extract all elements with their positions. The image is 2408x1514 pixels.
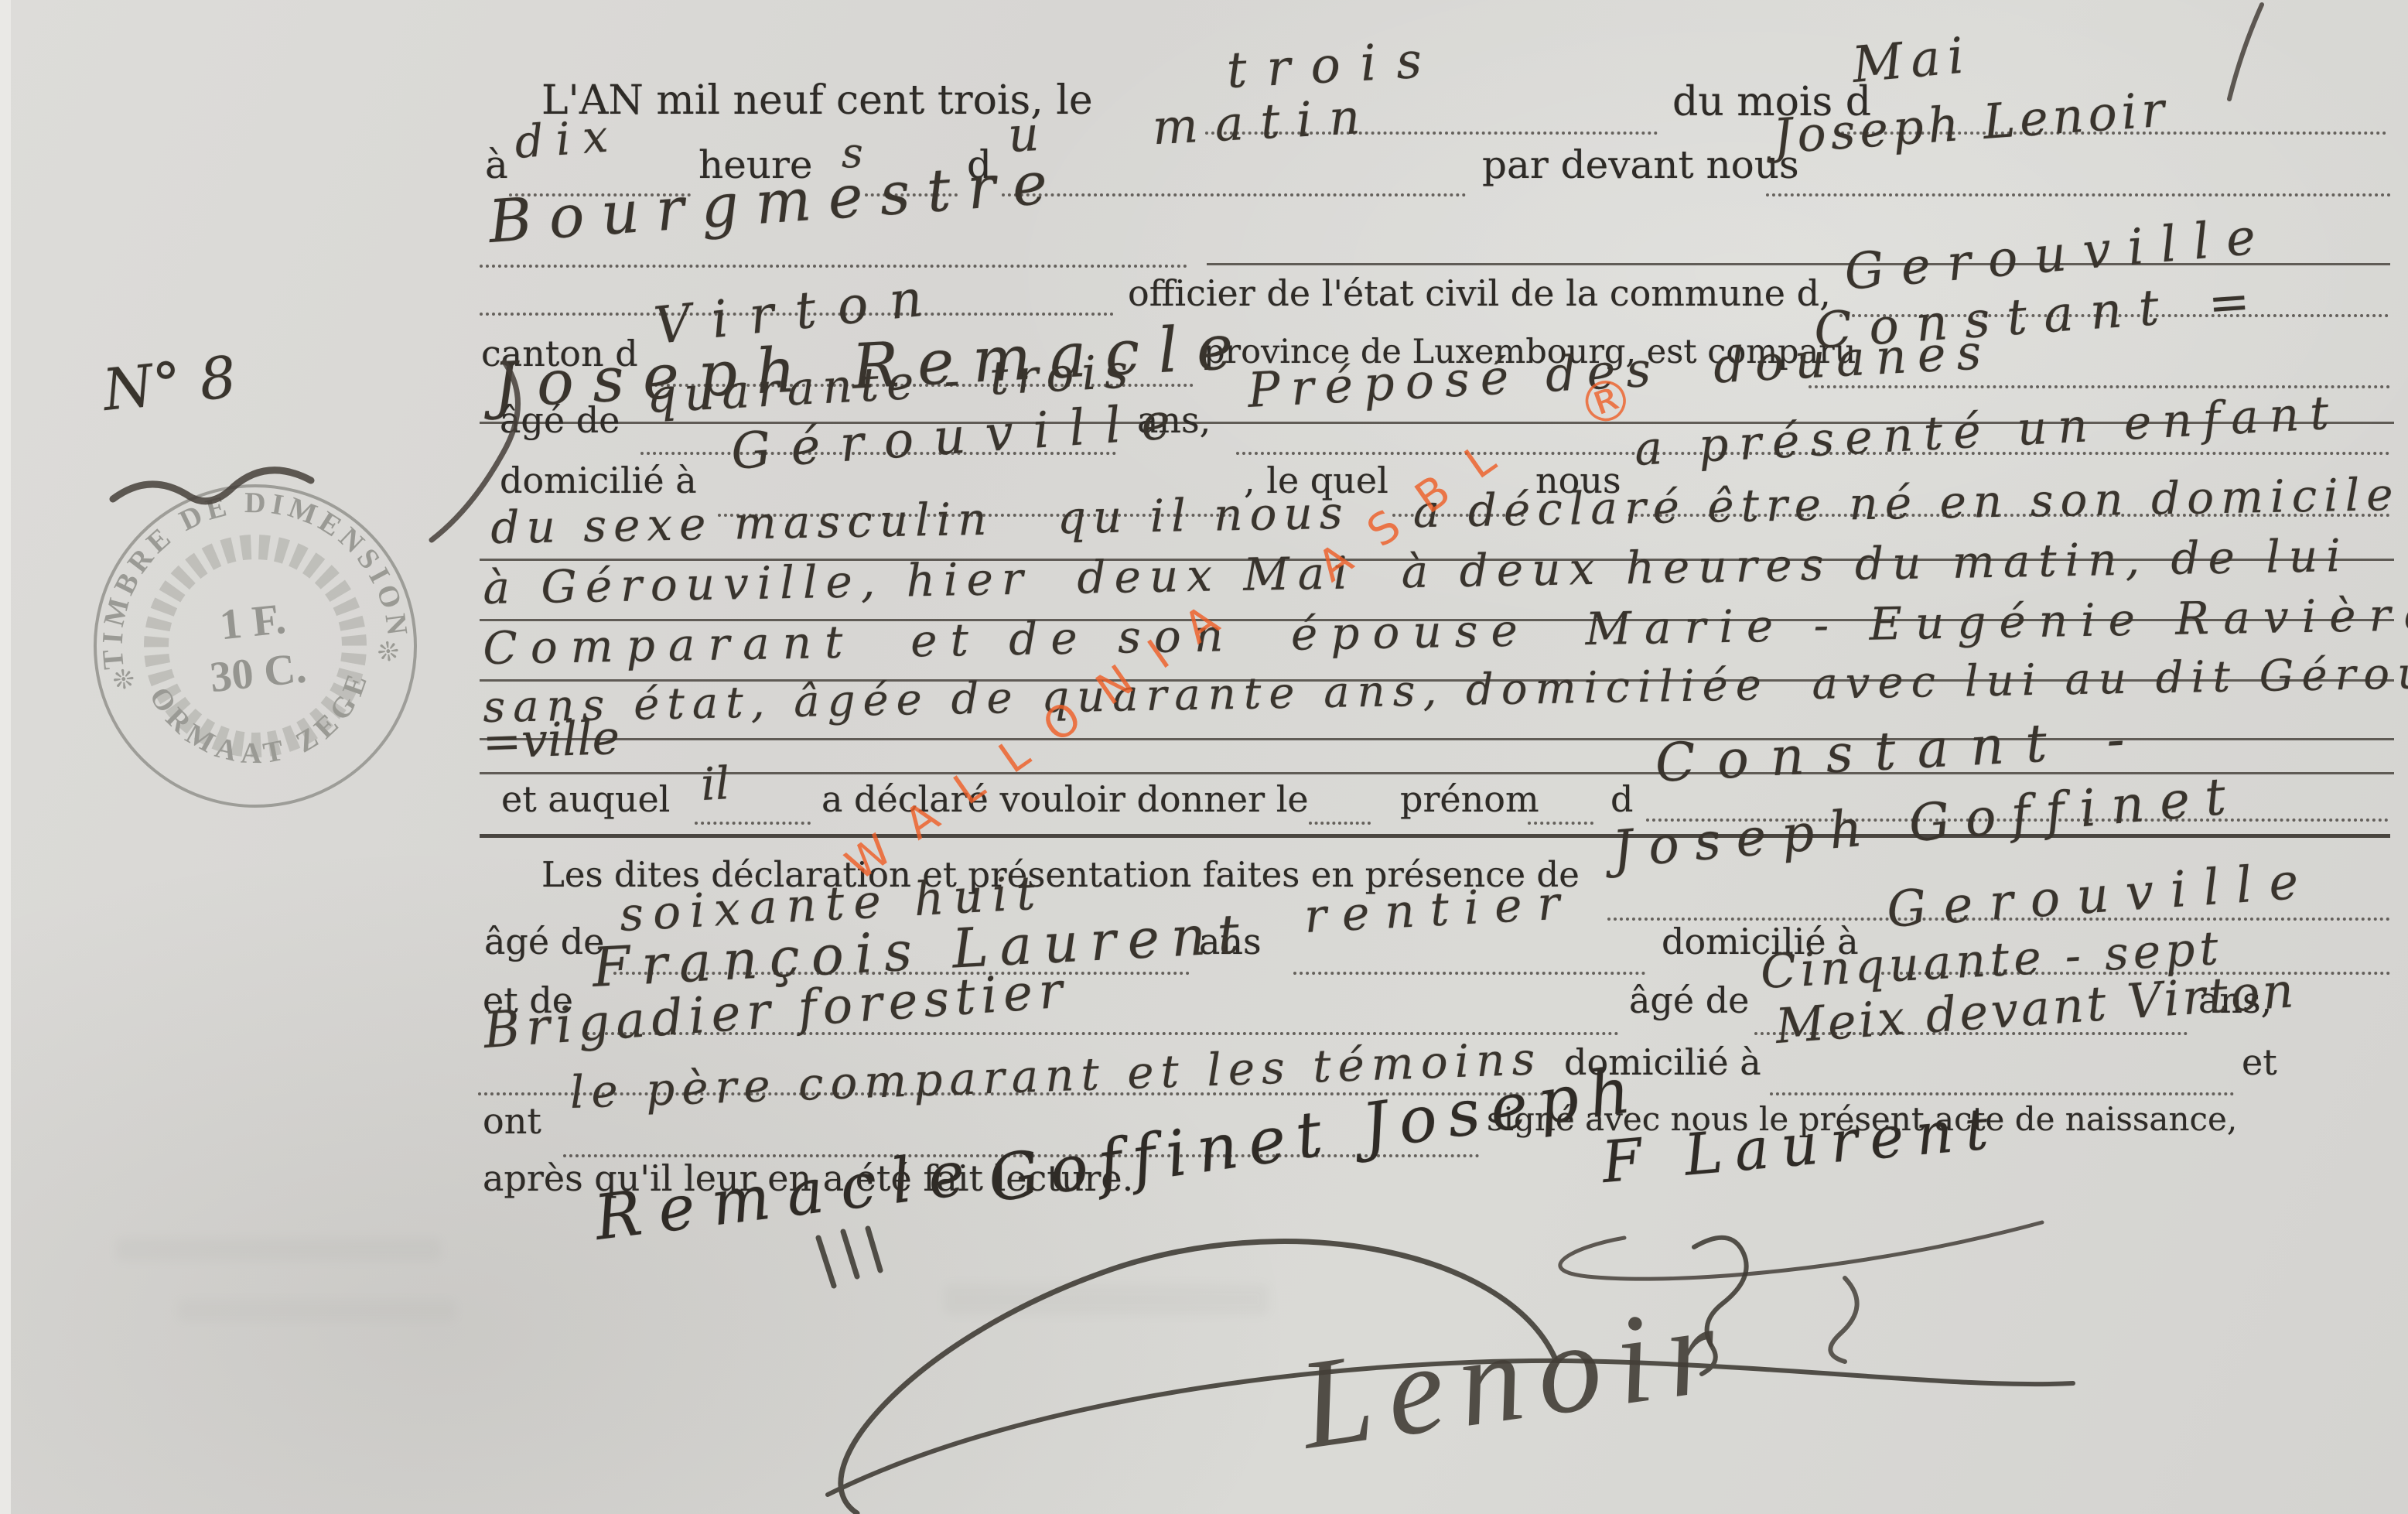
signature-lenoir: Lenoir xyxy=(1290,1275,1740,1475)
paper-edge xyxy=(0,0,11,1514)
dotted-fill-line xyxy=(1293,972,1645,975)
printed-age-label: âgé de xyxy=(500,399,620,441)
printed-pardevant: par devant nous xyxy=(1482,142,1799,187)
dotted-fill-line xyxy=(1309,822,1371,825)
dotted-fill-line xyxy=(480,265,1187,268)
mayor-signature-strokes xyxy=(818,1229,880,1286)
stamp-star-right-icon: ❊ xyxy=(376,637,401,668)
printed-a: à xyxy=(485,142,508,187)
bleed-smudge xyxy=(178,1300,456,1321)
stamp-top-text: TIMBRE DE DIMENSION xyxy=(80,470,414,672)
ruled-line xyxy=(480,772,2394,774)
hw-witness1-domicile: Gerouville xyxy=(1885,852,2317,939)
printed-ont: ont xyxy=(483,1100,541,1142)
pen-slash-mark xyxy=(2229,5,2262,99)
stamp-value-centimes: 30 C. xyxy=(208,644,309,702)
stamp-outer-ring xyxy=(79,470,431,822)
stamp-wreath xyxy=(146,537,364,754)
signature-remacle: Remacle xyxy=(591,1135,985,1254)
printed-officier: officier de l'état civil de la commune d… xyxy=(1128,272,1831,314)
dotted-fill-line xyxy=(1766,193,2391,197)
mayor-signature-underline xyxy=(828,1361,2073,1495)
printed-et: et xyxy=(2242,1041,2277,1083)
dotted-fill-line xyxy=(1002,193,1466,197)
dotted-fill-line xyxy=(1770,1092,2234,1095)
printed-domicile-label: domicilié à xyxy=(500,460,697,501)
laurent-signature-tail xyxy=(1830,1278,1856,1362)
hw-il: il xyxy=(699,757,731,811)
scanned-birth-record: L'AN mil neuf cent trois, le trois du mo… xyxy=(0,0,2408,1514)
printed-etauquel: et auquel xyxy=(501,778,670,820)
mayor-signature-curl xyxy=(1694,1238,1747,1374)
printed-d2: d xyxy=(1610,778,1633,820)
svg-text:TIMBRE DE DIMENSION: TIMBRE DE DIMENSION xyxy=(80,470,414,672)
printed-age-label2: âgé de xyxy=(484,921,604,962)
printed-prenom: prénom xyxy=(1400,778,1539,820)
hw-hour: dix xyxy=(513,109,622,169)
mayor-signature xyxy=(818,1229,2073,1513)
revenue-stamp: TIMBRE DE DIMENSION FORMAAT ZEGEL ❊ ❊ 1 … xyxy=(0,0,432,833)
laurent-signature-flourish xyxy=(1560,1222,2042,1279)
hw-body-line-5: =ville xyxy=(482,711,621,770)
bleed-smudge xyxy=(944,1284,1269,1315)
bleed-smudge xyxy=(116,1238,441,1261)
mayor-signature-loop xyxy=(841,1242,1555,1513)
hw-month: Mai xyxy=(1850,27,1974,94)
margin-number-flourish xyxy=(113,470,311,501)
stamp-star-left-icon: ❊ xyxy=(111,665,136,696)
stamp-value-francs: 1 F. xyxy=(217,595,288,650)
printed-age-label3: âgé de xyxy=(1629,979,1749,1021)
margin-act-number: N° 8 xyxy=(100,343,239,424)
hw-presented-child: a présenté un enfant xyxy=(1633,385,2341,477)
dotted-fill-line xyxy=(1528,822,1593,825)
dotted-fill-line xyxy=(695,822,811,825)
